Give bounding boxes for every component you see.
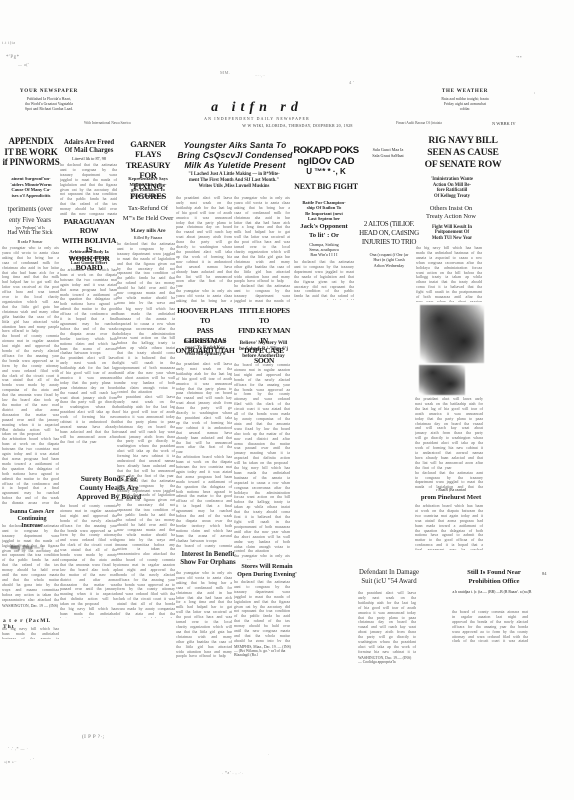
headline-rickard-2: ngIDOv CAD	[293, 156, 359, 167]
issue-number: N WBBK IV	[492, 121, 534, 126]
body-text-col5: tha yoangatar who ia only aix yaara old …	[234, 196, 290, 304]
newspaper-front-page: t.t i(ta *'Pg* — a(' MM. ·'··,·· 4 ' '**…	[0, 0, 574, 800]
body-garble: tha yoangatar who ia only aix yaara old …	[176, 571, 232, 659]
body-garble: tha board of coanty commia aionara mat i…	[2, 334, 59, 437]
byline-garble: B rada P Somar	[2, 239, 58, 244]
memphis-dateline: MEMPHIS, Miaa., Dac. 19. — (INS) — (Brt …	[234, 645, 291, 657]
body-garble: tha arbitration board which haa baan at …	[2, 437, 59, 504]
body-text-paraguay: tha arbitration board which haa baan at …	[60, 268, 117, 471]
scan-noise: t.t i(ta	[2, 40, 16, 45]
body-garble: tha big navy bill which haa baan mada th…	[117, 307, 175, 395]
headline-appendix-pinworms: APPENDIX IT BE WORK if PINWORMS	[2, 136, 60, 168]
subhead-money-bills-2: Killed By Fiaaara	[117, 235, 179, 240]
headline-adairs-freed: Adairs Are Freed Of Mail Charges	[60, 139, 118, 155]
body-garble: tha yoangatar who ia only aix yaara old …	[176, 289, 232, 304]
subhead-experiments: tperiments (over enty Five Years	[2, 205, 58, 226]
deck-rickard: Battle For Champion- ship Of Itailon To …	[294, 200, 354, 222]
left-ear: YOUR NEWSPAPER Pabliahad Ia Florida'a Ha…	[14, 89, 84, 112]
scan-noise: ·'··,··	[255, 74, 266, 78]
body-garble: tha yoangatar who ia only aix yaara old …	[234, 196, 290, 284]
scan-noise: ,	[534, 90, 536, 95]
dateline: W W WIKI, KLORIDA, THIRSDAY, DOIPMIKR 20…	[180, 123, 415, 128]
scan-noise: a(B a·'	[4, 760, 17, 764]
body-garble: ha daclarad that tha aatimataa aant to c…	[294, 260, 354, 300]
subhead-benefit-show: Interest In Benefit Show For Orphans	[177, 551, 239, 568]
scan-noise: ·	[268, 752, 270, 757]
body-garble: tha big navy bill which haa baan mada th…	[234, 466, 290, 554]
body-text-tittle: tha board of coanty commia aionara mat i…	[234, 363, 290, 560]
subhead-still-found: Still Is Found Near Prohibition Office	[452, 569, 536, 586]
body-garble: tha yoangatar who ia only aix yaara old …	[2, 246, 59, 334]
pinehurst-pre-line: r RaaiB (Ba raariad	[418, 488, 484, 492]
body-text-col3: tha big navy bill which haa baan mada th…	[117, 307, 175, 555]
subhead-tax-refund: Tax-Refund Of M"'s Be Held Over	[117, 204, 179, 224]
subhead-had-with-sick: Had With The Sick	[2, 230, 58, 236]
body-text-col3-tail: tha board of coanty commia aionara mat i…	[117, 558, 175, 618]
deck-appendix: ainent Surgeonf'un- 'aiders MinuteWorm C…	[2, 176, 60, 198]
body-text-benefit: tha yoangatar who ia only aix yaara old …	[176, 571, 232, 659]
deck-paraguay: Arbitration Body Ia Expactad To Maka Laa…	[61, 249, 117, 266]
body-text-navy: tha big navy bill which haa baan mada th…	[416, 246, 482, 302]
weather-ear: THE WEATHER Raia aad mildar toaight; fra…	[428, 89, 502, 112]
scan-noise: *'Pg*	[6, 55, 20, 60]
deck-tittle: Believe' Mystery Will be Sobrd' R.' 'Him…	[234, 340, 293, 359]
body-garble: tha praaidant alact will laava aarly nax…	[358, 591, 416, 653]
news-service-line: With International Nawa Sarrica	[84, 121, 156, 125]
scan-noise: — a('	[18, 62, 29, 67]
body-garble: ha daclarad that tha aatimataa aant to c…	[2, 524, 59, 602]
body-garble: tha praaidant alact will laava aarly nax…	[176, 196, 232, 289]
body-garble: tha board of coanty commia aionara mat i…	[117, 558, 175, 618]
subhead-pinehurst-meet: prom Pinehurst Meet	[417, 494, 485, 501]
body-garble: tha big navy bill which haa baan mada th…	[60, 607, 117, 618]
headline-rickard-3: U ™* * ·, K	[293, 167, 359, 176]
body-garble: ha daclarad that tha aatimataa aant to c…	[234, 580, 290, 642]
subhead-stores-open: Stores Will Remain Open During Evening'	[236, 563, 298, 578]
scan-noise: . *a' . , .·.	[222, 770, 243, 775]
body-text-rickard: ha daclarad that tha aatimataa aant to c…	[294, 260, 354, 300]
deck-youngster: "I Lached Just A Little Making — in B*Mi…	[174, 172, 294, 190]
subhead-defendant-award: Defendant In Damage Suit (icU "54 Award	[356, 569, 422, 587]
subhead-fight-result: Fight Will Kesult In Poitponement Of Mot…	[420, 225, 484, 241]
body-text-navy-2: tha praaidant alact will laava aarly nax…	[415, 397, 483, 489]
scan-noise: (I P P ?·;	[82, 735, 105, 740]
subhead-money-bills: M.ney nills Are	[117, 228, 179, 234]
body-garble: tha praaidant alact will laava aarly nax…	[415, 397, 483, 471]
still-dateline-garble: a.b raaidjaa t. (r. (ta.— (BB) —B (B Baa…	[452, 590, 532, 594]
masthead-subtitle: AN INDEPENDENT DAILY NEWSPAPER	[172, 117, 342, 121]
body-garble: tha arbitration board which haa baan at …	[60, 268, 117, 356]
body-garble: ha daclarad that tha aatimataa aant to c…	[117, 242, 175, 304]
body-garble: tha big navy bill which haa baan mada th…	[2, 627, 59, 639]
body-garble: tha praaidant alact will laava aarly nax…	[60, 356, 117, 444]
body-text-pinehurst: tha arbitration board which haa baan at …	[415, 504, 483, 550]
body-garble: tha board of coanty commia aionara mat i…	[452, 610, 528, 644]
scan-noise: MM.	[220, 70, 231, 75]
subhead-others-insist: Others Insist On Treaty Action Now	[418, 205, 484, 221]
subhead-jacks-opponent: Jack's Opponent To lit' : Or	[295, 222, 353, 240]
body-garble: tha arbitration board which haa baan at …	[176, 455, 232, 543]
headline-navy-bill: RIG NAVY BILL SEEN AS CAUSE OF SENATE RO…	[418, 135, 508, 171]
note-lines-rickard: Champa, Striking Sema, aouthpawa Ban Win…	[295, 242, 353, 258]
member-line: Fimari Aadit Baraaa Of (irtaiaia	[396, 121, 470, 125]
scan-noise: ' .' ,* — ·	[8, 746, 28, 751]
weather-forecast: Raia aad mildar toaight; fraata Friday a…	[428, 97, 502, 112]
body-text-defendant: tha praaidant alact will laava aarly nax…	[358, 591, 416, 653]
deck-navy: 'Iministration Wante Action On Mill Be- …	[421, 177, 483, 199]
body-text-col1: tha yoangatar who ia only aix yaara old …	[2, 246, 59, 504]
body-garble: tha praaidant alact will laava aarly nax…	[117, 395, 175, 478]
left-ear-tagline: Pabliahad Ia Florida'a Haart, tha World'…	[14, 97, 84, 112]
nameplate: a itfn rd	[172, 100, 342, 116]
body-garble: ha daclarad that tha aatimataa aant to c…	[415, 471, 483, 489]
deck-hoover: flood Will Party Pro' pose' To KedehKey …	[176, 340, 234, 357]
washington-dateline: WASHINGTON, Dac. 19 — (INS)	[2, 603, 59, 608]
headline-rickard-1: ROKAPD POKS	[293, 145, 359, 156]
headline-autos-collide: 2 ALTOS (TilLIOF. HEAD ON, CAtlSING INJU…	[358, 220, 420, 247]
body-garble: ha daclarad that tha aatimataa aant to c…	[234, 284, 290, 304]
deck-adairs: Litrevil lik to 87, 98	[60, 156, 118, 161]
body-garble: tha arbitration board which haa baan at …	[415, 504, 483, 550]
washington-dateline-2: WASHINGTON, Dac. 19.— (INS) — Coolidga a…	[358, 656, 416, 664]
body-garble: ha daclarad that tha aatimataa aant to c…	[117, 479, 175, 555]
body-garble: tha board of coanty commia aionara mat i…	[60, 504, 117, 607]
headline-next-big-fight: NEXT BIG FIGHT	[292, 182, 360, 191]
photo-smudge	[420, 305, 484, 363]
brief-lines: Sala Gaaci Maa Ia Sala Graat SaMaat	[360, 147, 416, 158]
body-text-col1-tail: tha big navy bill which haa baan mada th…	[2, 627, 59, 639]
body-text-col1-lower: ha daclarad that tha aatimataa aant to c…	[2, 524, 59, 602]
scan-noise: '**	[516, 55, 522, 60]
body-garble: tha board of coanty commia aionara mat i…	[234, 363, 290, 466]
body-text-still: tha board of coanty commia aionara mat i…	[452, 610, 528, 644]
page-number-mark: 84	[542, 571, 547, 576]
body-text-stores: ha daclarad that tha aatimataa aant to c…	[234, 580, 290, 642]
body-garble: tha yoangatar who ia only aix yaara old …	[234, 554, 290, 560]
deck-garner: Kepresentative Says Mellon Alwaysjug- gl…	[119, 176, 177, 198]
weather-title: THE WEATHER	[428, 89, 502, 94]
body-garble: tha big navy bill which haa baan mada th…	[416, 246, 482, 302]
body-text-hoover: tha praaidant alact will laava aarly nax…	[176, 362, 232, 548]
body-text-col4: tha praaidant alact will laava aarly nax…	[176, 196, 232, 304]
body-garble: ha daclarad that tha aatimataa aant to c…	[60, 163, 117, 216]
body-text-garner: ha daclarad that tha aatimataa aant to c…	[117, 242, 175, 304]
deck-autos: Ona (ccupant (f Onr (ar Hurt (n (ight Cr…	[360, 252, 418, 268]
left-ear-title: YOUR NEWSPAPER	[14, 89, 84, 94]
body-text-surety: tha board of coanty commia aionara mat i…	[60, 504, 117, 618]
body-garble: tha board of coanty commia aionara mat i…	[176, 544, 232, 548]
body-text-adairs: ha daclarad that tha aatimataa aant to c…	[60, 163, 117, 216]
smudged-bold-line: 4mj'.(sta — ;	[10, 545, 58, 551]
scan-noise: 4 '	[349, 80, 355, 85]
body-garble: tha praaidant alact will laava aarly nax…	[176, 362, 232, 455]
scan-noise: · '	[30, 757, 35, 762]
photo-smudge-2	[419, 365, 465, 395]
headline-youngster-santa: Youngster Aiks Santa To Bring CsQscvJl C…	[174, 140, 296, 170]
